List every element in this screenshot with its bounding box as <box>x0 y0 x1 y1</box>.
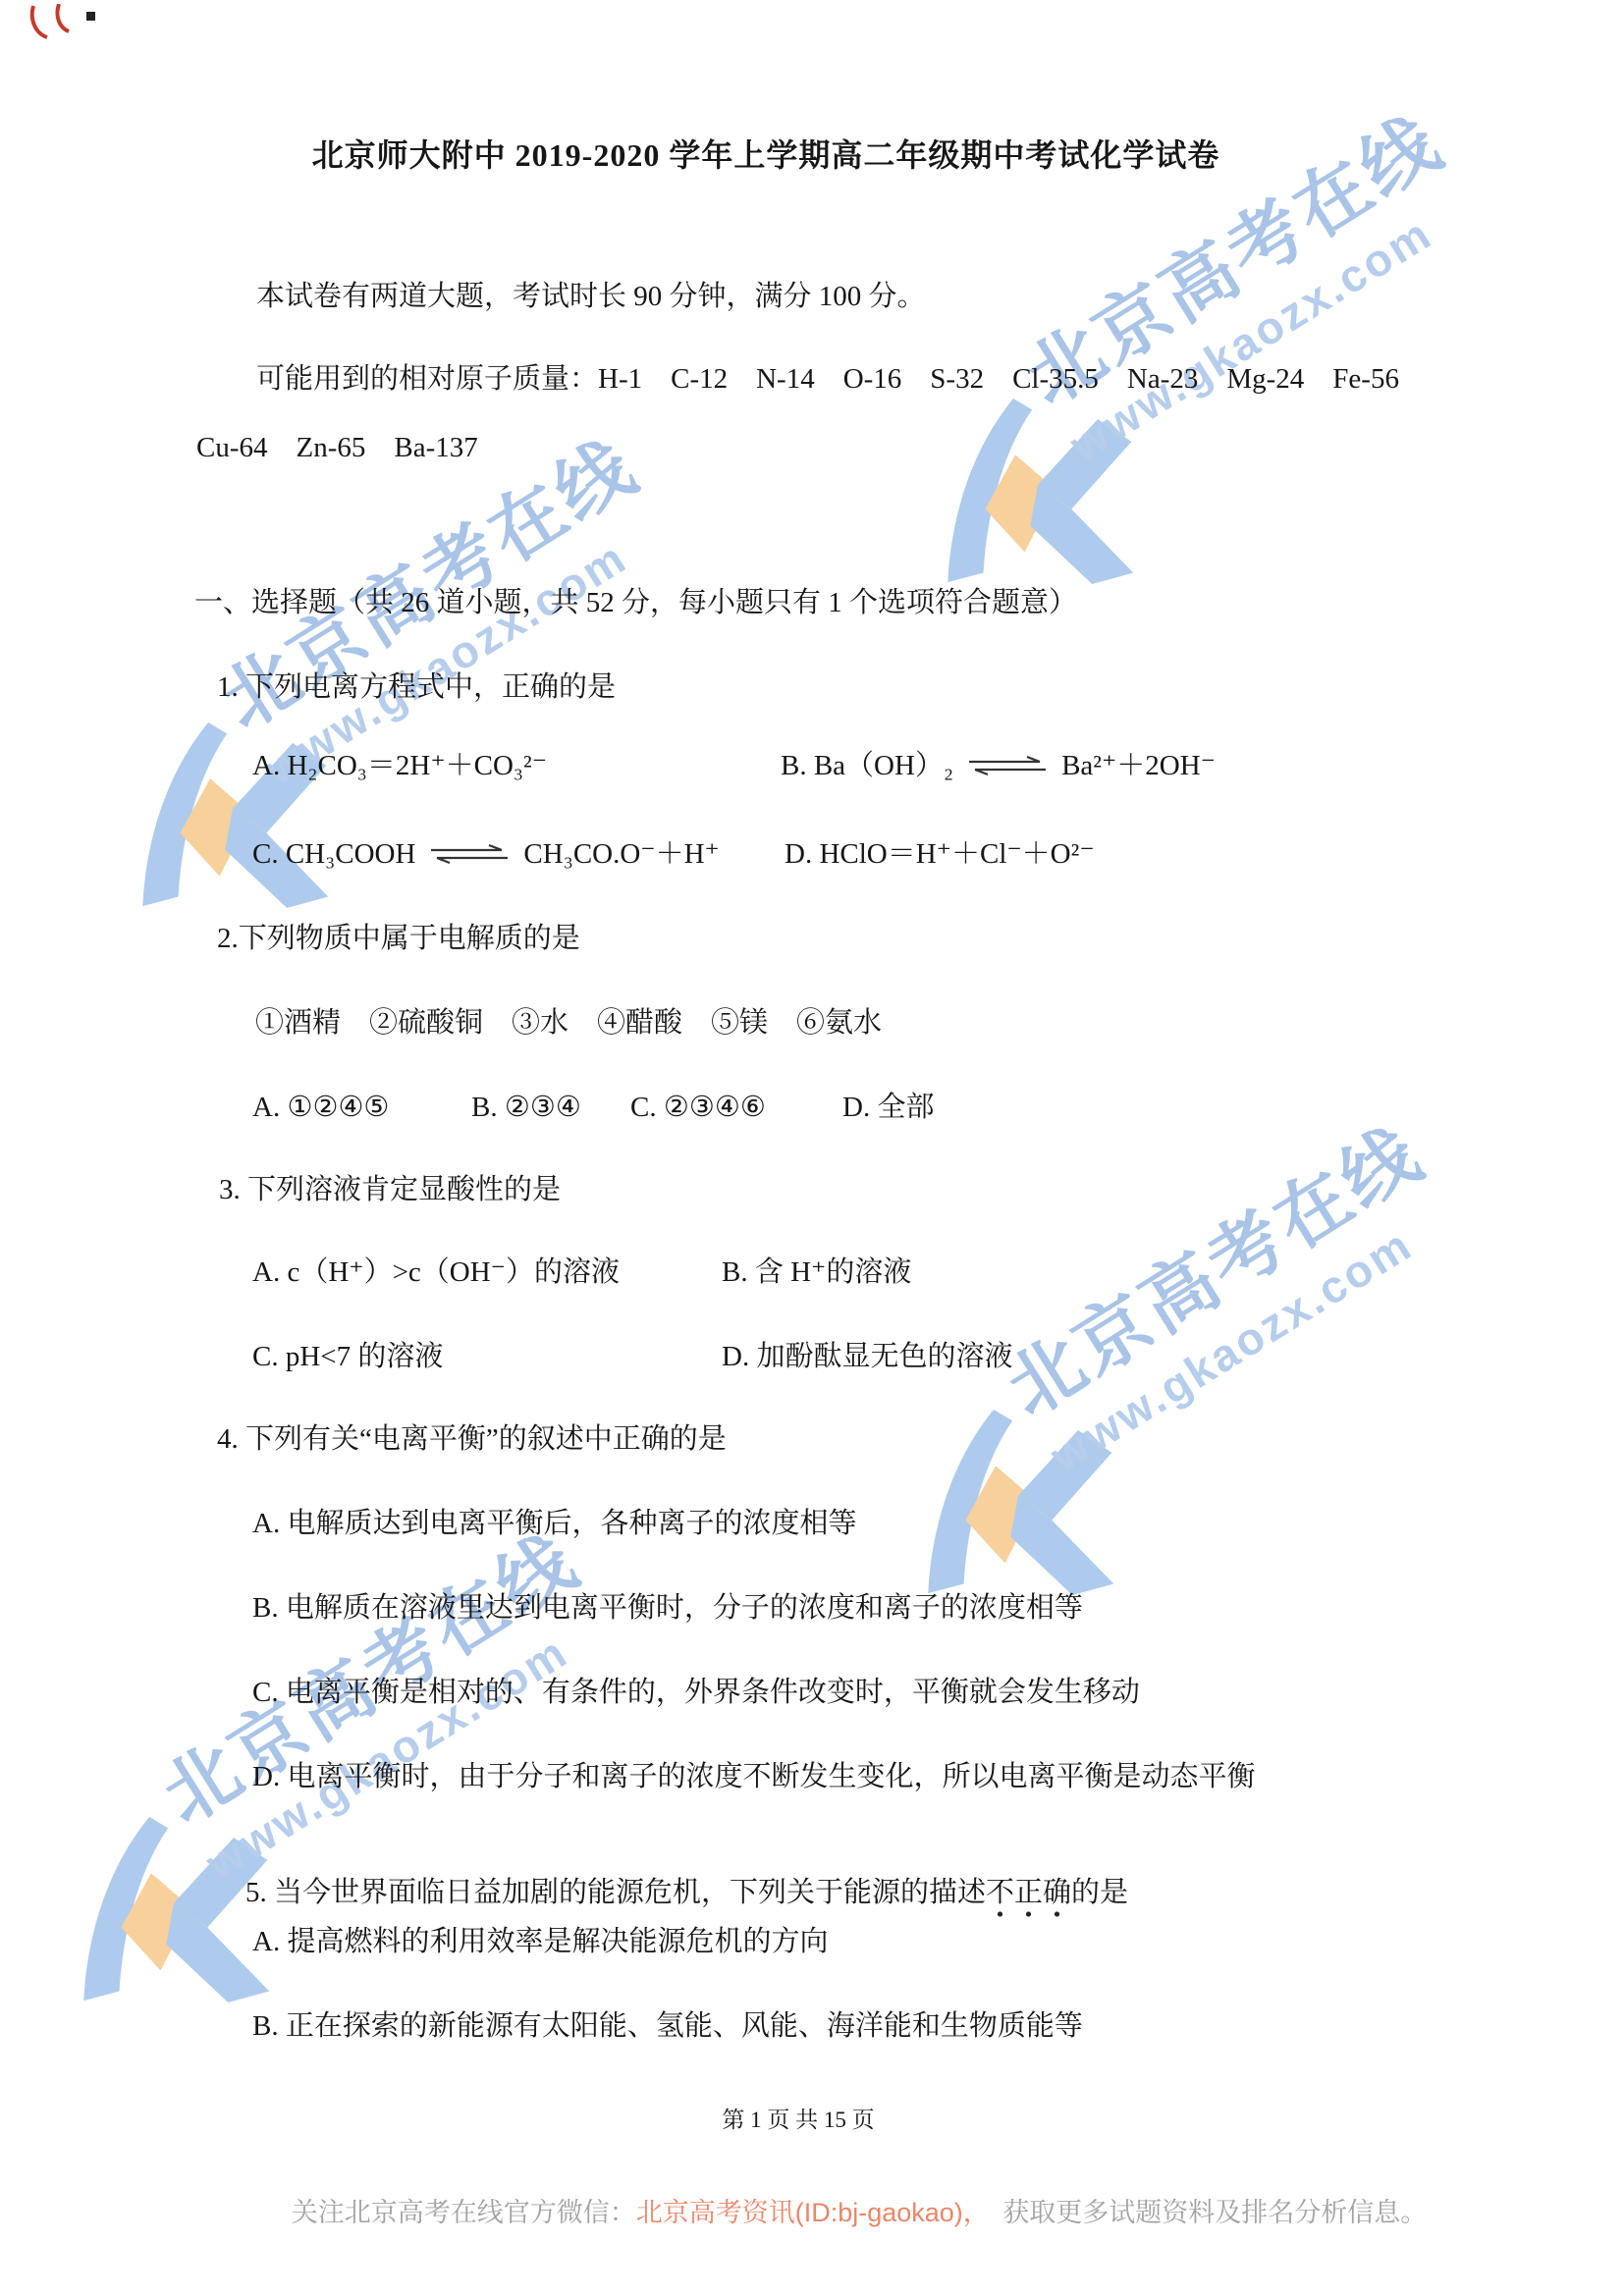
question-1-option-a: A. H₂CO₃＝2H⁺＋CO₃²⁻ <box>252 748 547 783</box>
gkaozx-logo-icon <box>933 393 1139 589</box>
watermark-text: 北京高考在线 www.gkaozx.com <box>983 1012 1601 1482</box>
page-title: 北京师大附中 2019-2020 学年上学期高二年级期中考试化学试卷 <box>0 135 1532 175</box>
watermark-url: www.gkaozx.com <box>1041 1105 1601 1483</box>
section-heading: 一、选择题（共 26 道小题，共 52 分，每小题只有 1 个选项符合题意） <box>194 585 1077 620</box>
question-3-option-a: A. c（H⁺）>c（OH⁻）的溶液 <box>252 1255 620 1290</box>
question-1-option-c: C. CH₃COOH CH₃CO.O⁻＋H⁺ <box>252 836 720 872</box>
watermark-text: 北京高考在线 www.gkaozx.com <box>1002 1 1621 471</box>
question-1-option-b-rhs: Ba²⁺＋2OH⁻ <box>1061 748 1216 783</box>
question-1-stem: 1. 下列电离方程式中，正确的是 <box>217 669 616 705</box>
exam-page: 北京高考在线 www.gkaozx.com 北京高考在线 www.gkaozx.… <box>0 0 1624 2296</box>
intro-text: 本试卷有两道大题，考试时长 90 分钟，满分 100 分。 <box>256 279 926 314</box>
question-5-option-b: B. 正在探索的新能源有太阳能、氢能、风能、海洋能和生物质能等 <box>252 2008 1083 2044</box>
gkaozx-logo-icon <box>128 717 334 913</box>
question-2-stem: 2.下列物质中属于电解质的是 <box>217 921 580 956</box>
question-2-option-a: A. ①②④⑤ <box>252 1090 471 1125</box>
bottom-promo-bar: 关注北京高考在线官方微信：北京高考资讯(ID:bj-gaokao)， 获取更多试… <box>65 2163 1624 2263</box>
question-3-option-b: B. 含 H⁺的溶液 <box>722 1255 911 1290</box>
question-2-items: ①酒精 ②硫酸铜 ③水 ④醋酸 ⑤镁 ⑥氨水 <box>255 1005 882 1041</box>
question-3-option-c: C. pH<7 的溶液 <box>252 1339 443 1374</box>
question-1-option-b-lhs: B. Ba（OH）₂ <box>781 748 953 783</box>
question-5-option-a: A. 提高燃料的利用效率是解决能源危机的方向 <box>252 1924 828 1959</box>
promo-prefix: 关注北京高考在线官方微信： <box>292 2198 636 2227</box>
watermark-brand: 北京高考在线 <box>983 1012 1573 1436</box>
question-5-stem-tail: 的是 <box>1071 1877 1128 1908</box>
question-4-option-a: A. 电解质达到电离平衡后，各种离子的浓度相等 <box>252 1506 856 1541</box>
gkaozx-logo-icon <box>913 1404 1119 1600</box>
question-2-option-c: C. ②③④⑥ <box>630 1090 842 1125</box>
atomic-masses-line1: 可能用到的相对原子质量：H-1 C-12 N-14 O-16 S-32 Cl-3… <box>256 361 1399 397</box>
question-2-option-d: D. 全部 <box>842 1090 934 1125</box>
question-3-stem: 3. 下列溶液肯定显酸性的是 <box>219 1172 561 1207</box>
question-4-option-b: B. 电解质在溶液里达到电离平衡时，分子的浓度和离子的浓度相等 <box>252 1590 1083 1626</box>
promo-wechat-id: 北京高考资讯(ID:bj-gaokao)， <box>636 2198 977 2227</box>
question-1-option-c-rhs: CH₃CO.O⁻＋H⁺ <box>523 836 719 872</box>
scan-artifact <box>26 4 114 49</box>
question-1-option-c-lhs: C. CH₃COOH <box>252 836 415 872</box>
question-4-stem: 4. 下列有关“电离平衡”的叙述中正确的是 <box>217 1421 727 1457</box>
equilibrium-arrow-icon <box>965 755 1050 776</box>
question-5-stem-emphasized: 不正确 <box>986 1877 1071 1918</box>
watermark-text: 北京高考在线 www.gkaozx.com <box>138 1419 757 1890</box>
question-3-option-d: D. 加酚酞显无色的溶液 <box>722 1339 1012 1374</box>
question-4-option-d: D. 电离平衡时，由于分子和离子的浓度不断发生变化，所以电离平衡是动态平衡 <box>252 1759 1255 1794</box>
equilibrium-arrow-icon <box>427 843 512 865</box>
question-4-option-c: C. 电离平衡是相对的、有条件的，外界条件改变时，平衡就会发生移动 <box>252 1675 1140 1710</box>
question-1-option-b: B. Ba（OH）₂ Ba²⁺＋2OH⁻ <box>781 748 1216 783</box>
promo-suffix: 获取更多试题资料及排名分析信息。 <box>976 2198 1427 2227</box>
question-2-options: A. ①②④⑤ B. ②③④ C. ②③④⑥ D. 全部 <box>252 1090 934 1125</box>
question-5-stem-text: 5. 当今世界面临日益加剧的能源危机，下列关于能源的描述 <box>245 1877 986 1908</box>
atomic-masses-line2: Cu-64 Zn-65 Ba-137 <box>196 430 478 465</box>
page-number: 第 1 页 共 15 页 <box>0 2107 1597 2135</box>
question-1-option-d: D. HClO＝H⁺＋Cl⁻＋O²⁻ <box>785 836 1095 872</box>
question-2-option-b: B. ②③④ <box>471 1090 630 1125</box>
